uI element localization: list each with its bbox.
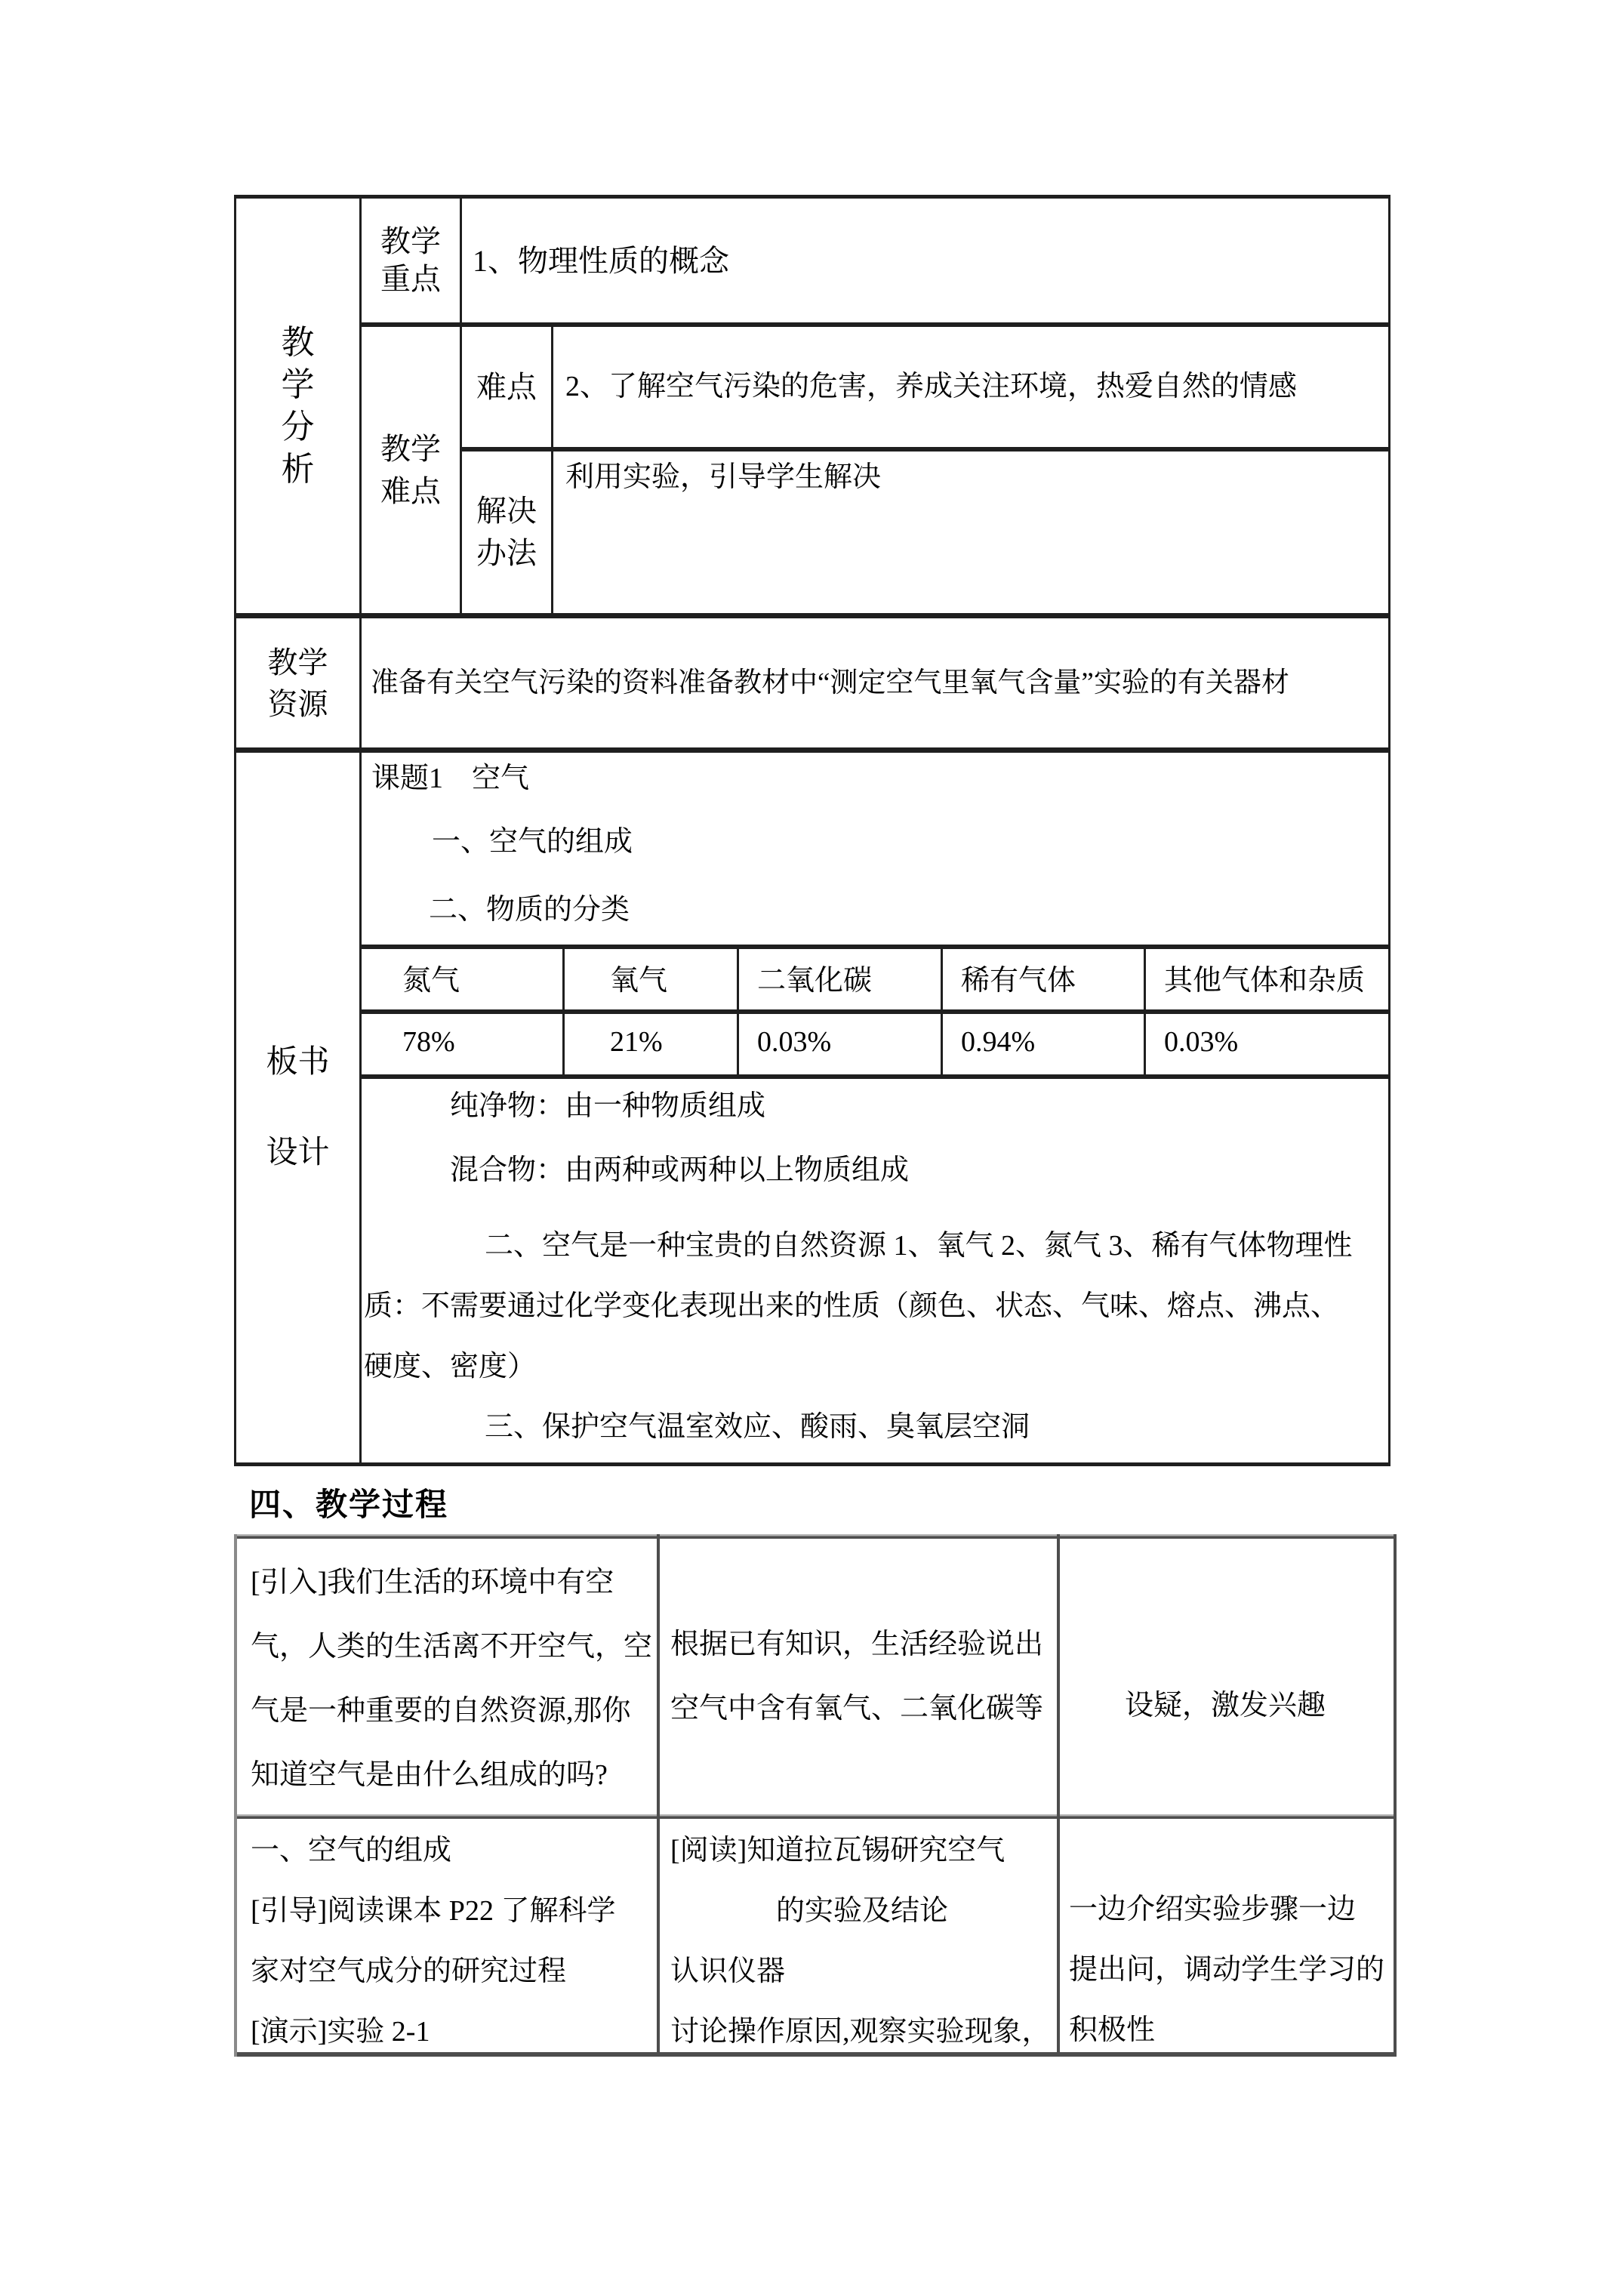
difficulty-label: 难点	[462, 327, 551, 447]
process-row2-intent-cell: 一边介绍实验步骤一边 提出问，调动学生学习的 积极性	[1060, 1819, 1390, 2052]
board-pure-line: 纯净物：由一种物质组成	[450, 1085, 765, 1127]
label-line: 解决	[476, 490, 537, 532]
difficulty-group-label: 教学 难点	[362, 327, 460, 613]
grid-line	[234, 613, 1390, 618]
grid-line	[359, 1074, 1390, 1079]
resources-content: 准备有关空气污染的资料准备教材中“测定空气里氧气含量”实验的有关器材	[362, 618, 1388, 747]
label-line: 设计	[266, 1132, 329, 1174]
gas-table-value-cell: 78%	[362, 1014, 562, 1070]
process-row2-teacher-cell: 一、空气的组成 [引导]阅读课本 P22 了解科学 家对空气成分的研究过程 [演…	[237, 1819, 654, 2052]
document-page: 教 学 分 析 教学 重点 1、物理性质的概念 教学 难点 难点 2、了解空气污…	[0, 0, 1623, 2296]
text-line: 知道空气是由什么组成的吗?	[251, 1743, 654, 1808]
process-row2-student-cell: [阅读]知道拉瓦锡研究空气 的实验及结论 认识仪器 讨论操作原因,观察实验现象，	[660, 1819, 1054, 2052]
label-char: 分	[282, 406, 315, 448]
board-section2-line: 硬度、密度）	[364, 1345, 536, 1388]
text-line: 空气中含有氧气、二氧化碳等	[670, 1677, 1054, 1741]
grid-line	[234, 747, 1390, 753]
gas-table-value-cell: 0.03%	[739, 1014, 941, 1070]
label-line: 教学	[268, 642, 328, 683]
text-line: [引入]我们生活的环境中有空	[251, 1551, 654, 1615]
board-mixture-line: 混合物：由两种或两种以上物质组成	[450, 1149, 909, 1191]
label-char: 教	[282, 322, 315, 364]
resources-label: 教学 资源	[236, 618, 359, 747]
teaching-process-table: [引入]我们生活的环境中有空 气，人类的生活离不开空气，空 气是一种重要的自然资…	[234, 1534, 1397, 2057]
solution-label: 解决 办法	[462, 451, 551, 613]
text-line: 一、空气的组成	[251, 1820, 654, 1881]
label-line: 难点	[476, 368, 537, 407]
gas-table-header-cell: 氧气	[565, 949, 737, 1005]
label-line: 板书	[266, 1041, 329, 1083]
text-line: 提出问，调动学生学习的	[1069, 1940, 1390, 2000]
text-line: 认识仪器	[670, 1941, 1054, 2002]
text-line: 家对空气成分的研究过程	[251, 1941, 654, 2002]
text-line: 一边介绍实验步骤一边	[1069, 1879, 1390, 1940]
label-line: 资源	[268, 683, 328, 725]
key-points-label: 教学 重点	[362, 199, 460, 322]
label-line: 教学	[380, 428, 441, 470]
text-line: 的实验及结论	[670, 1881, 1054, 1941]
text-line: [引导]阅读课本 P22 了解科学	[251, 1881, 654, 1941]
process-heading: 四、教学过程	[249, 1480, 448, 1525]
grid-line	[234, 1462, 1390, 1466]
text-line: [阅读]知道拉瓦锡研究空气	[670, 1820, 1054, 1881]
board-topic-line: 课题1 空气	[371, 757, 529, 800]
grid-line	[1394, 1534, 1397, 2057]
gas-table-header-cell: 氮气	[362, 949, 562, 1005]
gas-table-header-cell: 稀有气体	[943, 949, 1144, 1005]
label-line: 难点	[380, 470, 441, 513]
difficulty-content: 2、了解空气污染的危害，养成关注环境，热爱自然的情感	[553, 327, 1388, 447]
board-section2-line: 质：不需要通过化学变化表现出来的性质（颜色、状态、气味、熔点、沸点、	[364, 1285, 1339, 1327]
board-item-line: 二、物质的分类	[429, 889, 630, 931]
label-line: 办法	[476, 532, 537, 575]
process-row1-teacher-cell: [引入]我们生活的环境中有空 气，人类的生活离不开空气，空 气是一种重要的自然资…	[237, 1539, 654, 1814]
teaching-analysis-table: 教 学 分 析 教学 重点 1、物理性质的概念 教学 难点 难点 2、了解空气污…	[234, 195, 1390, 1466]
text-line: 设疑，激发兴趣	[1125, 1674, 1326, 1738]
grid-line	[1388, 195, 1390, 1466]
label-char: 析	[282, 448, 315, 491]
text-line: 积极性	[1069, 2000, 1390, 2060]
gas-table-header-cell: 其他气体和杂质	[1146, 949, 1388, 1005]
gas-table-value-cell: 0.94%	[943, 1014, 1144, 1070]
gas-table-value-cell: 0.03%	[1146, 1014, 1388, 1070]
analysis-label: 教 学 分 析	[236, 199, 359, 613]
label-line: 重点	[380, 260, 441, 298]
board-section3-line: 三、保护空气温室效应、酸雨、臭氧层空洞	[485, 1406, 1030, 1448]
label-line: 教学	[380, 223, 441, 260]
solution-content: 利用实验，引导学生解决	[553, 451, 1388, 613]
process-row1-student-cell: 根据已有知识，生活经验说出 空气中含有氧气、二氧化碳等	[660, 1539, 1054, 1814]
text-line: 气是一种重要的自然资源,那你	[251, 1679, 654, 1743]
text-line: 气，人类的生活离不开空气，空	[251, 1615, 654, 1679]
text-line: [演示]实验 2-1	[251, 2002, 654, 2062]
label-char: 学	[282, 364, 315, 406]
board-section2-line: 二、空气是一种宝贵的自然资源 1、氧气 2、氮气 3、稀有气体物理性	[485, 1225, 1353, 1267]
text-line: 讨论操作原因,观察实验现象，	[670, 2002, 1054, 2062]
board-design-label: 板书 设计	[236, 753, 359, 1462]
process-row1-intent-cell: 设疑，激发兴趣	[1060, 1539, 1390, 1814]
text-line: 根据已有知识，生活经验说出	[670, 1613, 1054, 1677]
gas-table-header-cell: 二氧化碳	[739, 949, 941, 1005]
gas-table-value-cell: 21%	[565, 1014, 737, 1070]
board-item-line: 一、空气的组成	[432, 821, 633, 863]
key-points-content: 1、物理性质的概念	[462, 199, 1388, 322]
